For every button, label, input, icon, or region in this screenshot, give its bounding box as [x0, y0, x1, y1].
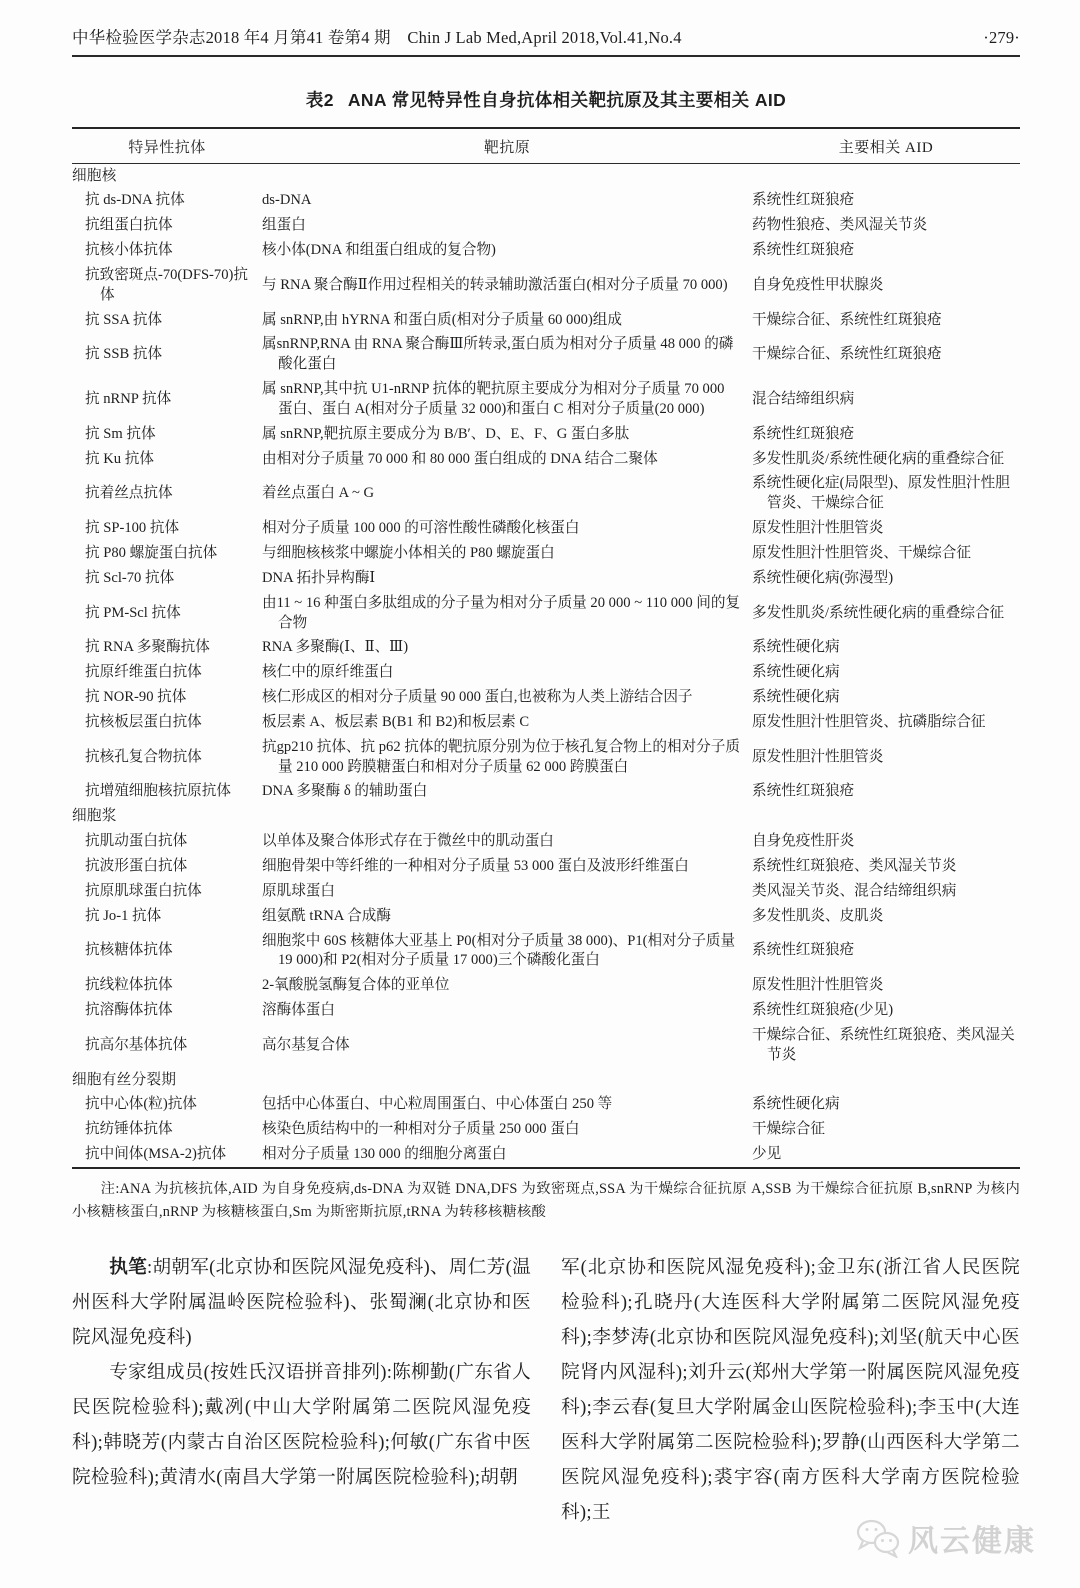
cell-antigen: 组氨酰 tRNA 合成酶 — [262, 904, 752, 929]
cell-antibody: 抗 PM-Scl 抗体 — [72, 591, 262, 636]
table-row: 抗高尔基体抗体高尔基复合体干燥综合征、系统性红斑狼疮、类风湿关节炎 — [72, 1023, 1020, 1068]
authors-left-column: 执笔:胡朝军(北京协和医院风湿免疫科)、周仁芳(温州医科大学附属温岭医院检验科)… — [72, 1250, 531, 1530]
table-row: 抗 RNA 多聚酶抗体RNA 多聚酶(Ⅰ、Ⅱ、Ⅲ)系统性硬化病 — [72, 636, 1020, 661]
cell-aid: 系统性硬化病 — [752, 661, 1020, 686]
cell-antibody: 抗 SP-100 抗体 — [72, 517, 262, 542]
cell-aid: 系统性硬化病 — [752, 686, 1020, 711]
cell-aid: 干燥综合征、系统性红斑狼疮 — [752, 308, 1020, 333]
cell-aid: 系统性硬化病(弥漫型) — [752, 566, 1020, 591]
table-title-text: ANA 常见特异性自身抗体相关靶抗原及其主要相关 AID — [348, 90, 786, 110]
cell-aid: 系统性红斑狼疮、类风湿关节炎 — [752, 854, 1020, 879]
cell-aid: 干燥综合征、系统性红斑狼疮、类风湿关节炎 — [752, 1023, 1020, 1068]
running-head: 中华检验医学杂志2018 年4 月第41 卷第4 期 Chin J Lab Me… — [72, 24, 1020, 57]
cell-aid: 系统性红斑狼疮(少见) — [752, 999, 1020, 1024]
cell-antibody: 抗线粒体抗体 — [72, 974, 262, 999]
table-row: 抗纺锤体抗体核染色质结构中的一种相对分子质量 250 000 蛋白干燥综合征 — [72, 1118, 1020, 1143]
page-number: ·279· — [983, 28, 1020, 48]
cell-antigen: 溶酶体蛋白 — [262, 999, 752, 1024]
wechat-icon — [855, 1518, 901, 1558]
cell-antibody: 抗中心体(粒)抗体 — [72, 1093, 262, 1118]
cell-antigen: 包括中心体蛋白、中心粒周围蛋白、中心体蛋白 250 等 — [262, 1093, 752, 1118]
cell-aid: 原发性胆汁性胆管炎 — [752, 517, 1020, 542]
cell-antigen: 核仁中的原纤维蛋白 — [262, 661, 752, 686]
cell-antibody: 抗肌动蛋白抗体 — [72, 830, 262, 855]
cell-aid: 系统性硬化病 — [752, 636, 1020, 661]
table-row: 抗 Sm 抗体属 snRNP,靶抗原主要成分为 B/B′、D、E、F、G 蛋白多… — [72, 422, 1020, 447]
cell-antibody: 抗 Sm 抗体 — [72, 422, 262, 447]
cell-antigen: 高尔基复合体 — [262, 1023, 752, 1068]
cell-aid: 少见 — [752, 1143, 1020, 1169]
cell-antibody: 抗波形蛋白抗体 — [72, 854, 262, 879]
cell-antigen: 组蛋白 — [262, 214, 752, 239]
cell-antigen: 原肌球蛋白 — [262, 879, 752, 904]
cell-antigen: 2-氧酸脱氢酶复合体的亚单位 — [262, 974, 752, 999]
table-row: 抗增殖细胞核抗原抗体DNA 多聚酶 δ 的辅助蛋白系统性红斑狼疮 — [72, 780, 1020, 805]
cell-antigen: 属 snRNP,其中抗 U1-nRNP 抗体的靶抗原主要成分为相对分子质量 70… — [262, 378, 752, 423]
cell-antibody: 抗组蛋白抗体 — [72, 214, 262, 239]
table-row: 抗线粒体抗体2-氧酸脱氢酶复合体的亚单位原发性胆汁性胆管炎 — [72, 974, 1020, 999]
cell-antigen: 相对分子质量 130 000 的细胞分离蛋白 — [262, 1143, 752, 1169]
authors-lead-paragraph: 执笔:胡朝军(北京协和医院风湿免疫科)、周仁芳(温州医科大学附属温岭医院检验科)… — [72, 1250, 531, 1355]
table-row: 抗 NOR-90 抗体核仁形成区的相对分子质量 90 000 蛋白,也被称为人类… — [72, 686, 1020, 711]
cell-aid: 系统性红斑狼疮 — [752, 780, 1020, 805]
cell-antibody: 抗核板层蛋白抗体 — [72, 710, 262, 735]
section-label: 细胞有丝分裂期 — [72, 1068, 1020, 1093]
table-title-label: 表2 — [306, 90, 334, 110]
table-row: 抗 P80 螺旋蛋白抗体与细胞核核浆中螺旋小体相关的 P80 螺旋蛋白原发性胆汁… — [72, 542, 1020, 567]
cell-antigen: 板层素 A、板层素 B(B1 和 B2)和板层素 C — [262, 710, 752, 735]
table-header-row: 特异性抗体 靶抗原 主要相关 AID — [72, 128, 1020, 164]
cell-antibody: 抗 ds-DNA 抗体 — [72, 189, 262, 214]
cell-aid: 自身免疫性肝炎 — [752, 830, 1020, 855]
cell-antigen: ds-DNA — [262, 189, 752, 214]
journal-page: 中华检验医学杂志2018 年4 月第41 卷第4 期 Chin J Lab Me… — [0, 0, 1080, 1530]
section-label: 细胞核 — [72, 164, 1020, 189]
cell-antibody: 抗致密斑点-70(DFS-70)抗体 — [72, 263, 262, 308]
cell-aid: 原发性胆汁性胆管炎、干燥综合征 — [752, 542, 1020, 567]
cell-aid: 药物性狼疮、类风湿关节炎 — [752, 214, 1020, 239]
cell-antibody: 抗 RNA 多聚酶抗体 — [72, 636, 262, 661]
table-row: 抗原肌球蛋白抗体原肌球蛋白类风湿关节炎、混合结缔组织病 — [72, 879, 1020, 904]
cell-aid: 系统性红斑狼疮 — [752, 422, 1020, 447]
table-row: 抗 nRNP 抗体属 snRNP,其中抗 U1-nRNP 抗体的靶抗原主要成分为… — [72, 378, 1020, 423]
cell-aid: 多发性肌炎/系统性硬化病的重叠综合征 — [752, 591, 1020, 636]
table-row: 抗肌动蛋白抗体以单体及聚合体形式存在于微丝中的肌动蛋白自身免疫性肝炎 — [72, 830, 1020, 855]
cell-aid: 原发性胆汁性胆管炎 — [752, 974, 1020, 999]
table-row: 抗核糖体抗体细胞浆中 60S 核糖体大亚基上 P0(相对分子质量 38 000)… — [72, 929, 1020, 974]
cell-aid: 原发性胆汁性胆管炎、抗磷脂综合征 — [752, 710, 1020, 735]
authors-right-paragraph: 军(北京协和医院风湿免疫科);金卫东(浙江省人民医院检验科);孔晓丹(大连医科大… — [561, 1250, 1020, 1530]
cell-antigen: 属 snRNP,靶抗原主要成分为 B/B′、D、E、F、G 蛋白多肽 — [262, 422, 752, 447]
table-note: 注:ANA 为抗核抗体,AID 为自身免疫病,ds-DNA 为双链 DNA,DF… — [72, 1178, 1020, 1223]
cell-antibody: 抗增殖细胞核抗原抗体 — [72, 780, 262, 805]
cell-aid: 多发性肌炎、皮肌炎 — [752, 904, 1020, 929]
cell-aid: 系统性红斑狼疮 — [752, 239, 1020, 264]
cell-antibody: 抗核糖体抗体 — [72, 929, 262, 974]
table-row: 抗中心体(粒)抗体包括中心体蛋白、中心粒周围蛋白、中心体蛋白 250 等系统性硬… — [72, 1093, 1020, 1118]
authors-expert-paragraph: 专家组成员(按姓氏汉语拼音排列):陈柳勤(广东省人民医院检验科);戴冽(中山大学… — [72, 1355, 531, 1495]
cell-aid: 干燥综合征、系统性红斑狼疮 — [752, 333, 1020, 378]
cell-antigen: 细胞浆中 60S 核糖体大亚基上 P0(相对分子质量 38 000)、P1(相对… — [262, 929, 752, 974]
cell-antigen: RNA 多聚酶(Ⅰ、Ⅱ、Ⅲ) — [262, 636, 752, 661]
table-row: 抗波形蛋白抗体细胞骨架中等纤维的一种相对分子质量 53 000 蛋白及波形纤维蛋… — [72, 854, 1020, 879]
cell-antigen: DNA 多聚酶 δ 的辅助蛋白 — [262, 780, 752, 805]
cell-aid: 类风湿关节炎、混合结缔组织病 — [752, 879, 1020, 904]
table-row: 抗 SP-100 抗体相对分子质量 100 000 的可溶性酸性磷酸化核蛋白原发… — [72, 517, 1020, 542]
section-label: 细胞浆 — [72, 805, 1020, 830]
table-row: 抗 PM-Scl 抗体由11 ~ 16 种蛋白多肽组成的分子量为相对分子质量 2… — [72, 591, 1020, 636]
watermark-label: 风云健康 — [908, 1516, 1036, 1560]
table-row: 抗溶酶体抗体溶酶体蛋白系统性红斑狼疮(少见) — [72, 999, 1020, 1024]
cell-antibody: 抗溶酶体抗体 — [72, 999, 262, 1024]
cell-antibody: 抗 NOR-90 抗体 — [72, 686, 262, 711]
table-row: 抗 Ku 抗体由相对分子质量 70 000 和 80 000 蛋白组成的 DNA… — [72, 447, 1020, 472]
cell-antibody: 抗着丝点抗体 — [72, 472, 262, 517]
table-row: 抗着丝点抗体着丝点蛋白 A ~ G系统性硬化症(局限型)、原发性胆汁性胆管炎、干… — [72, 472, 1020, 517]
cell-antigen: 与 RNA 聚合酶Ⅱ作用过程相关的转录辅助激活蛋白(相对分子质量 70 000) — [262, 263, 752, 308]
cell-aid: 多发性肌炎/系统性硬化病的重叠综合征 — [752, 447, 1020, 472]
cell-aid: 系统性硬化病 — [752, 1093, 1020, 1118]
cell-antibody: 抗核小体抗体 — [72, 239, 262, 264]
cell-antibody: 抗核孔复合物抗体 — [72, 735, 262, 780]
cell-aid: 自身免疫性甲状腺炎 — [752, 263, 1020, 308]
cell-antibody: 抗原纤维蛋白抗体 — [72, 661, 262, 686]
table-row: 抗 SSA 抗体属 snRNP,由 hYRNA 和蛋白质(相对分子质量 60 0… — [72, 308, 1020, 333]
table-row: 抗 Jo-1 抗体组氨酰 tRNA 合成酶多发性肌炎、皮肌炎 — [72, 904, 1020, 929]
table-row: 抗中间体(MSA-2)抗体相对分子质量 130 000 的细胞分离蛋白少见 — [72, 1143, 1020, 1169]
cell-antibody: 抗 SSB 抗体 — [72, 333, 262, 378]
cell-antigen: 属snRNP,RNA 由 RNA 聚合酶Ⅲ所转录,蛋白质为相对分子质量 48 0… — [262, 333, 752, 378]
cell-antigen: 抗gp210 抗体、抗 p62 抗体的靶抗原分别为位于核孔复合物上的相对分子质量… — [262, 735, 752, 780]
cell-antigen: 细胞骨架中等纤维的一种相对分子质量 53 000 蛋白及波形纤维蛋白 — [262, 854, 752, 879]
cell-antigen: 以单体及聚合体形式存在于微丝中的肌动蛋白 — [262, 830, 752, 855]
cell-antigen: 着丝点蛋白 A ~ G — [262, 472, 752, 517]
cell-aid: 原发性胆汁性胆管炎 — [752, 735, 1020, 780]
authors-lead-label: 执笔 — [109, 1257, 147, 1278]
table-header: 特异性抗体 靶抗原 主要相关 AID — [72, 128, 1020, 164]
table-row: 抗组蛋白抗体组蛋白药物性狼疮、类风湿关节炎 — [72, 214, 1020, 239]
table-row: 抗 SSB 抗体属snRNP,RNA 由 RNA 聚合酶Ⅲ所转录,蛋白质为相对分… — [72, 333, 1020, 378]
table-section-row: 细胞浆 — [72, 805, 1020, 830]
cell-antigen: 由相对分子质量 70 000 和 80 000 蛋白组成的 DNA 结合二聚体 — [262, 447, 752, 472]
table-body: 细胞核抗 ds-DNA 抗体ds-DNA系统性红斑狼疮抗组蛋白抗体组蛋白药物性狼… — [72, 164, 1020, 1169]
cell-antibody: 抗 Jo-1 抗体 — [72, 904, 262, 929]
cell-antibody: 抗 Ku 抗体 — [72, 447, 262, 472]
table-row: 抗 ds-DNA 抗体ds-DNA系统性红斑狼疮 — [72, 189, 1020, 214]
cell-antigen: 核染色质结构中的一种相对分子质量 250 000 蛋白 — [262, 1118, 752, 1143]
cell-antibody: 抗中间体(MSA-2)抗体 — [72, 1143, 262, 1169]
cell-antibody: 抗高尔基体抗体 — [72, 1023, 262, 1068]
cell-antibody: 抗 SSA 抗体 — [72, 308, 262, 333]
cell-antibody: 抗原肌球蛋白抗体 — [72, 879, 262, 904]
col-header-aid: 主要相关 AID — [752, 128, 1020, 164]
authors-section: 执笔:胡朝军(北京协和医院风湿免疫科)、周仁芳(温州医科大学附属温岭医院检验科)… — [72, 1250, 1020, 1530]
cell-aid: 系统性硬化症(局限型)、原发性胆汁性胆管炎、干燥综合征 — [752, 472, 1020, 517]
cell-aid: 混合结缔组织病 — [752, 378, 1020, 423]
cell-aid: 系统性红斑狼疮 — [752, 929, 1020, 974]
table-section-row: 细胞有丝分裂期 — [72, 1068, 1020, 1093]
watermark: 风云健康 — [855, 1516, 1036, 1560]
table-row: 抗致密斑点-70(DFS-70)抗体与 RNA 聚合酶Ⅱ作用过程相关的转录辅助激… — [72, 263, 1020, 308]
table-title: 表2ANA 常见特异性自身抗体相关靶抗原及其主要相关 AID — [72, 87, 1020, 112]
table-row: 抗原纤维蛋白抗体核仁中的原纤维蛋白系统性硬化病 — [72, 661, 1020, 686]
cell-antibody: 抗纺锤体抗体 — [72, 1118, 262, 1143]
journal-title: 中华检验医学杂志2018 年4 月第41 卷第4 期 Chin J Lab Me… — [72, 24, 682, 48]
cell-antigen: 核小体(DNA 和组蛋白组成的复合物) — [262, 239, 752, 264]
authors-right-column: 军(北京协和医院风湿免疫科);金卫东(浙江省人民医院检验科);孔晓丹(大连医科大… — [561, 1250, 1020, 1530]
cell-antigen: 与细胞核核浆中螺旋小体相关的 P80 螺旋蛋白 — [262, 542, 752, 567]
table-row: 抗核板层蛋白抗体板层素 A、板层素 B(B1 和 B2)和板层素 C原发性胆汁性… — [72, 710, 1020, 735]
table-section-row: 细胞核 — [72, 164, 1020, 189]
cell-antigen: DNA 拓扑异构酶Ⅰ — [262, 566, 752, 591]
col-header-antibody: 特异性抗体 — [72, 128, 262, 164]
cell-antibody: 抗 Scl-70 抗体 — [72, 566, 262, 591]
table-row: 抗核孔复合物抗体抗gp210 抗体、抗 p62 抗体的靶抗原分别为位于核孔复合物… — [72, 735, 1020, 780]
cell-antibody: 抗 nRNP 抗体 — [72, 378, 262, 423]
cell-antigen: 相对分子质量 100 000 的可溶性酸性磷酸化核蛋白 — [262, 517, 752, 542]
col-header-antigen: 靶抗原 — [262, 128, 752, 164]
cell-antigen: 核仁形成区的相对分子质量 90 000 蛋白,也被称为人类上游结合因子 — [262, 686, 752, 711]
table-row: 抗 Scl-70 抗体DNA 拓扑异构酶Ⅰ系统性硬化病(弥漫型) — [72, 566, 1020, 591]
ana-antibody-table: 特异性抗体 靶抗原 主要相关 AID 细胞核抗 ds-DNA 抗体ds-DNA系… — [72, 127, 1020, 1169]
cell-antibody: 抗 P80 螺旋蛋白抗体 — [72, 542, 262, 567]
cell-antigen: 由11 ~ 16 种蛋白多肽组成的分子量为相对分子质量 20 000 ~ 110… — [262, 591, 752, 636]
cell-aid: 干燥综合征 — [752, 1118, 1020, 1143]
cell-antigen: 属 snRNP,由 hYRNA 和蛋白质(相对分子质量 60 000)组成 — [262, 308, 752, 333]
table-row: 抗核小体抗体核小体(DNA 和组蛋白组成的复合物)系统性红斑狼疮 — [72, 239, 1020, 264]
cell-aid: 系统性红斑狼疮 — [752, 189, 1020, 214]
